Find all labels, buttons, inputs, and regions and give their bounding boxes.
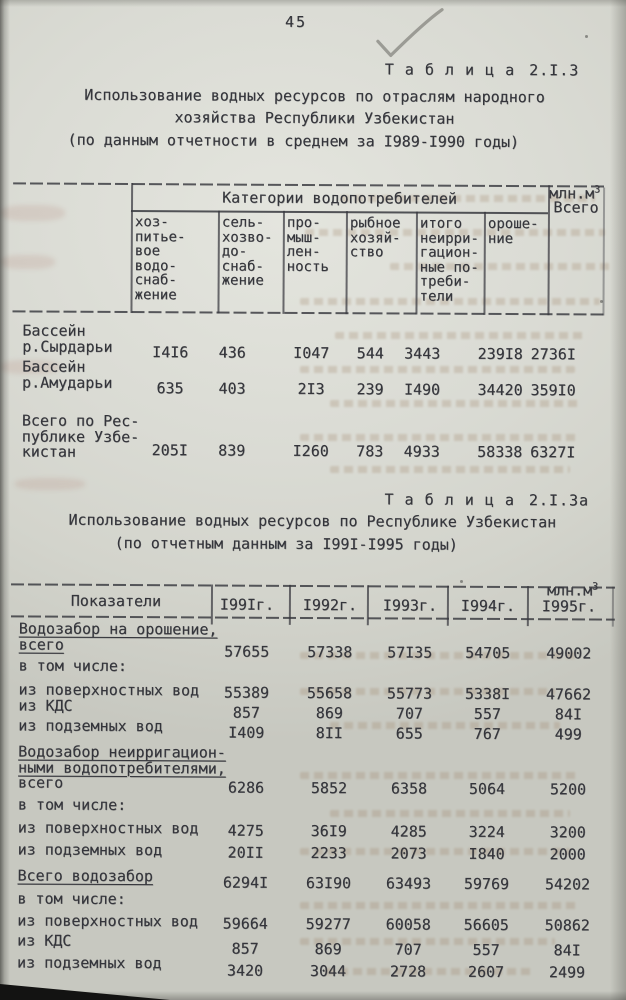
table-cell: 47662: [528, 685, 608, 703]
table-cell: 6358: [369, 779, 449, 797]
table1-header-group: Категории водопотребителей: [131, 188, 548, 208]
table-cell: 55389: [206, 683, 286, 701]
table-cell: 4275: [206, 821, 286, 839]
table1-title-line3: (по данным отчетности в среднем за I989-…: [13, 130, 573, 151]
table-cell: 205I: [135, 441, 205, 459]
table-cell: 6286: [206, 778, 286, 796]
table-cell: 63493: [368, 874, 448, 892]
row-label-line: в том числе:: [17, 891, 125, 907]
table2-row-label-nonirrigation-intake-total: Водозабор неирригацион- ными водопотреби…: [18, 744, 226, 792]
table2-row-label-groundwater: из подземных вод: [18, 718, 163, 734]
table2-row-label-total-intake: Всего водозабор: [17, 868, 153, 884]
table1-col-header-irrigation: ороше- ние: [488, 217, 546, 246]
table-cell: 3420: [205, 961, 285, 979]
table2-year-header-1991: I99Iг.: [207, 595, 287, 613]
table-cell: 60058: [368, 915, 448, 933]
table2-title-line1: Использование водных ресурсов по Республ…: [32, 511, 592, 532]
table-cell: 869: [288, 940, 368, 958]
table-cell: 20II: [206, 843, 286, 861]
table1-col-header-fishery: рыбное хозяй- ство: [350, 216, 414, 260]
row-label-line: из подземных вод: [18, 842, 163, 858]
table-cell: 5338I: [447, 685, 527, 703]
table1-col-header-nonirrigation-total: итого неирри- гацион- ные по- треби- тел…: [420, 217, 482, 305]
table2-row-label-surface-water: из поверхностных вод: [18, 820, 199, 836]
row-label-line: из КДС: [18, 698, 72, 714]
table2-header-indicators: Показатели: [21, 591, 211, 610]
row-label-line: всего: [18, 775, 226, 792]
table-cell: 6327I: [518, 443, 588, 461]
table-cell: 57338: [290, 643, 370, 661]
table-cell: 63I90: [288, 874, 368, 892]
table2-row-label-groundwater: из подземных вод: [18, 842, 163, 858]
table-cell: 4285: [369, 822, 449, 840]
table-cell: 857: [205, 939, 285, 957]
table1-col-header-industry: про- мыш- лен- ность: [287, 216, 345, 275]
table-cell: 557: [446, 941, 526, 959]
table-cell: 2233: [289, 844, 369, 862]
table-cell: 8II: [289, 724, 369, 742]
table-cell: 84I: [527, 941, 607, 959]
table-cell: 5852: [289, 779, 369, 797]
scanned-document-page: 45 Т а б л и ц а 2.I.3 Использование вод…: [0, 0, 626, 1000]
table2-row-label-irrigation-intake-total: Водозабор на орошение, всего: [19, 621, 218, 653]
table-cell: 3224: [447, 823, 527, 841]
table1-col-header-household-water: хоз- питье- вое водо- снаб- жение: [135, 215, 217, 303]
table-cell: 2736I: [518, 345, 588, 363]
row-label-line: Всего водозабор: [17, 868, 153, 884]
page-number: 45: [285, 13, 307, 31]
table-cell: 49002: [529, 644, 609, 662]
table2-year-header-1994: I994г.: [448, 597, 528, 615]
table2-row-label-surface-water: из поверхностных вод: [17, 913, 198, 929]
table2-top-rule: [11, 583, 615, 588]
row-label-line: из КДС: [17, 933, 71, 949]
row-label-line: в том числе:: [18, 797, 126, 813]
table-cell: 2499: [527, 963, 607, 981]
table-cell: 557: [447, 705, 527, 723]
table-cell: 707: [369, 704, 449, 722]
table2-caption-word: Т а б л и ц а: [384, 490, 514, 509]
table1-row-label-republic-total: Всего по Рес- публике Узбе- кистан: [22, 413, 140, 460]
table-cell: 59277: [288, 915, 368, 933]
table-cell: I409: [206, 723, 286, 741]
table1-vline: [217, 210, 219, 313]
table-cell: 839: [197, 441, 267, 459]
table1-header-total: Всего: [548, 198, 604, 216]
table-cell: 59769: [446, 875, 526, 893]
table-cell: 6294I: [205, 873, 285, 891]
table-cell: I840: [447, 845, 527, 863]
table-cell: 50862: [527, 916, 607, 934]
row-label-line: в том числе:: [19, 658, 127, 674]
table-cell: 84I: [528, 705, 608, 723]
table-cell: 403: [197, 379, 267, 397]
table2-year-header-1992: I992г.: [290, 596, 370, 614]
table-cell: 2607: [446, 963, 526, 981]
table2-caption-number: 2.I.3а: [529, 491, 589, 509]
table-cell: 635: [135, 379, 205, 397]
table1-caption-number: 2.I.3: [529, 61, 579, 79]
table-cell: 359I0: [518, 381, 588, 399]
table-cell: 59664: [205, 914, 285, 932]
table-cell: 36I9: [289, 822, 369, 840]
table2-row-label-groundwater: из подземных вод: [17, 955, 162, 971]
table-cell: 57I35: [370, 643, 450, 661]
table1-col-header-agricultural-water: сель- хозво- до- снаб- жение: [222, 216, 282, 289]
page-content: 45 Т а б л и ц а 2.I.3 Использование вод…: [0, 0, 626, 1000]
table1-top-rule: [13, 182, 605, 187]
table-cell: 2728: [368, 962, 448, 980]
table1-vline: [483, 212, 485, 315]
table1-row-label-syrdarya: Бассейн р.Сырдарьи: [22, 323, 112, 354]
row-label-line: из подземных вод: [17, 955, 162, 971]
table-cell: 5200: [528, 780, 608, 798]
table2: Показатели I99Iг. I992г. I993г. I994г. I…: [9, 581, 615, 1000]
table-cell: 655: [369, 724, 449, 742]
table-cell: 3044: [288, 962, 368, 980]
table-cell: 5064: [447, 780, 527, 798]
table2-year-header-1993: I993г.: [370, 596, 450, 614]
table-cell: I490: [387, 380, 457, 398]
table2-row-label-kds: из КДС: [18, 698, 72, 714]
table-cell: 55658: [289, 684, 369, 702]
table1-vline: [415, 212, 417, 315]
table1-row-label-amudarya: Бассейн р.Амударьи: [22, 359, 112, 390]
table-cell: 4933: [387, 442, 457, 460]
table1-vline: [282, 211, 284, 314]
table-cell: 869: [289, 704, 369, 722]
scan-edge-top: [0, 0, 626, 7]
row-label-line: из поверхностных вод: [17, 913, 198, 929]
table-cell: 2000: [528, 845, 608, 863]
table2-caption: Т а б л и ц а 2.I.3а: [384, 490, 589, 509]
table1-header-bottom-rule: [12, 310, 604, 315]
row-label-line: всего: [19, 637, 218, 654]
row-label-line: из поверхностных вод: [18, 820, 199, 836]
table2-row-label-including: в том числе:: [19, 658, 127, 674]
row-label-line: из подземных вод: [18, 718, 163, 734]
table-cell: 54202: [527, 875, 607, 893]
table-cell: 55773: [369, 684, 449, 702]
table-cell: 3443: [387, 344, 457, 362]
table-cell: 57655: [207, 642, 287, 660]
table-cell: 436: [197, 343, 267, 361]
table-cell: 54705: [448, 644, 528, 662]
checkmark-icon: [370, 3, 450, 63]
scan-edge-left: [0, 0, 10, 1000]
table-cell: I4I6: [135, 343, 205, 361]
table-cell: 3200: [528, 823, 608, 841]
table-cell: 56605: [446, 916, 526, 934]
table-cell: 707: [368, 940, 448, 958]
table2-row-label-including: в том числе:: [17, 891, 125, 907]
table2-year-header-1995: I995г.: [529, 597, 609, 615]
scan-edge-right: [610, 0, 626, 1000]
table1-title-line2: хозяйства Республики Узбекистан: [34, 108, 594, 129]
table2-row-label-including: в том числе:: [18, 797, 126, 813]
table1-title-line1: Использование водных ресурсов по отрасля…: [35, 86, 595, 107]
table-cell: 767: [447, 725, 527, 743]
table-cell: 2073: [369, 844, 449, 862]
table-cell: 499: [528, 725, 608, 743]
table1: Категории водопотребителей Всего хоз- пи…: [12, 182, 605, 473]
table1-vline: [345, 211, 347, 314]
table-cell: 857: [206, 703, 286, 721]
table2-row-label-kds: из КДС: [17, 933, 71, 949]
table2-title-line2: (по отчетным данным за I99I-I995 годы): [6, 533, 566, 554]
